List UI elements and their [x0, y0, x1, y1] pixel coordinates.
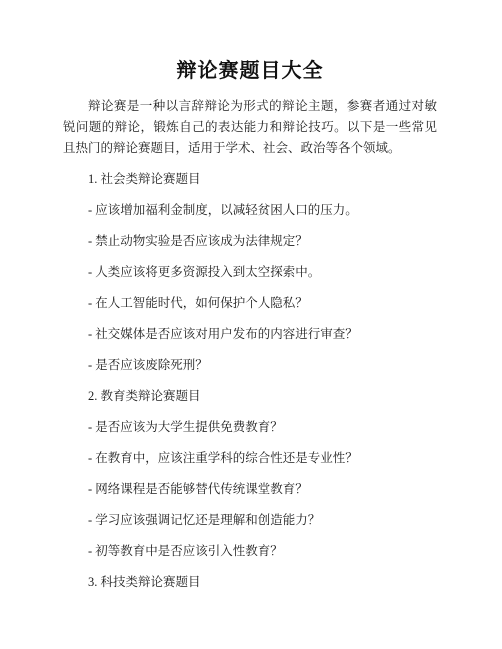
- topic-item: - 学习应该强调记忆还是理解和创造能力？: [63, 510, 437, 531]
- topic-item: - 禁止动物实验是否应该成为法律规定？: [63, 231, 437, 252]
- section-2-heading: 2. 教育类辩论赛题目: [63, 386, 437, 407]
- section-1-heading: 1. 社会类辩论赛题目: [63, 169, 437, 190]
- document-title: 辩论赛题目大全: [63, 56, 437, 86]
- topic-item: - 初等教育中是否应该引入性教育？: [63, 541, 437, 562]
- topic-item: - 人类应该将更多资源投入到太空探索中。: [63, 262, 437, 283]
- topic-item: - 社交媒体是否应该对用户发布的内容进行审查？: [63, 324, 437, 345]
- topic-item: - 应该增加福利金制度，以减轻贫困人口的压力。: [63, 200, 437, 221]
- topic-item: - 在教育中，应该注重学科的综合性还是专业性？: [63, 448, 437, 469]
- topic-item: - 网络课程是否能够替代传统课堂教育？: [63, 479, 437, 500]
- topic-item: - 是否应该为大学生提供免费教育？: [63, 417, 437, 438]
- section-3-heading: 3. 科技类辩论赛题目: [63, 572, 437, 593]
- topic-item: - 是否应该废除死刑？: [63, 355, 437, 376]
- intro-paragraph: 辩论赛是一种以言辞辩论为形式的辩论主题，参赛者通过对敏锐问题的辩论，锻炼自己的表…: [63, 96, 437, 159]
- topic-item: - 在人工智能时代，如何保护个人隐私？: [63, 293, 437, 314]
- document-page: 辩论赛题目大全 辩论赛是一种以言辞辩论为形式的辩论主题，参赛者通过对敏锐问题的辩…: [0, 0, 502, 649]
